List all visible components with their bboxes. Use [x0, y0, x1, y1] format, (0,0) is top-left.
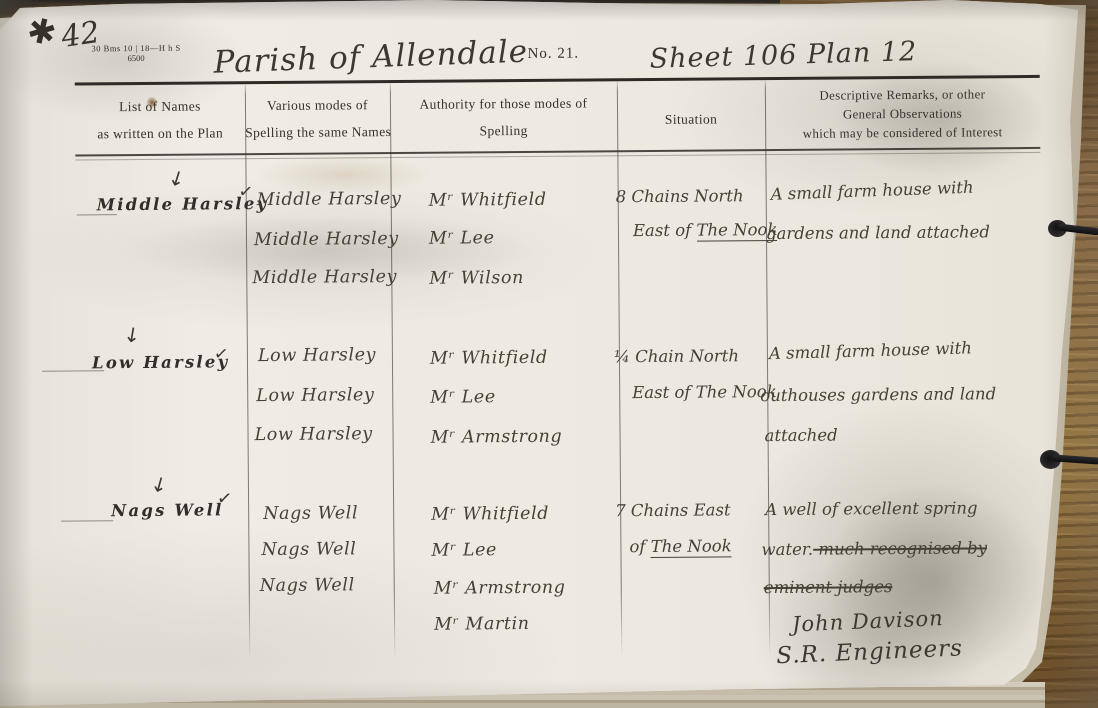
spelling-entry: Middle Harsley	[254, 229, 399, 250]
down-arrow-icon: ↓	[122, 322, 143, 348]
col-header-situation: Situation	[617, 111, 765, 128]
name-guide-line	[61, 520, 113, 521]
remarks-line: A small farm house with	[769, 338, 972, 363]
remarks-line: water. much recognised by	[761, 538, 987, 559]
page-content: ✱ 42 30 Bms 10 | 18—H h S 6500 Parish of…	[0, 0, 1098, 708]
remarks-text: water.	[761, 540, 813, 559]
plan-name-row3: Nags Well	[111, 500, 224, 520]
column-divider-4	[765, 78, 771, 656]
print-code-line2: 6500	[128, 53, 145, 63]
remarks-struck-text: much recognised by	[813, 538, 987, 558]
situation-line: East of The Nook	[632, 382, 777, 402]
plan-name-row2: Low Harsley	[92, 352, 230, 372]
situation-line: 8 Chains North	[616, 186, 744, 206]
authority-entry: Mʳ Martin	[434, 614, 530, 635]
down-arrow-icon: ↓	[148, 471, 171, 499]
remarks-line: A small farm house with	[770, 178, 974, 204]
print-code-line1: 30 Bms 10 | 18—H h S	[91, 43, 180, 54]
authority-entry: Mʳ Armstrong	[434, 578, 566, 599]
surveyor-signature: John Davison	[792, 606, 945, 636]
authority-entry: Mʳ Lee	[429, 228, 495, 249]
authority-entry: Mʳ Lee	[431, 540, 497, 561]
col-header-spelling-line2: Spelling the same Names	[245, 124, 390, 141]
spelling-entry: Low Harsley	[256, 385, 374, 406]
situation-line: East of The Nook	[633, 220, 778, 240]
remarks-struck-text: eminent judges	[764, 577, 893, 597]
spelling-entry: Middle Harsley	[252, 267, 397, 288]
authority-entry: Mʳ Wilson	[429, 268, 524, 289]
column-divider-1	[245, 82, 251, 660]
remarks-line: A well of excellent spring	[765, 498, 978, 519]
remarks-line: attached	[764, 426, 837, 446]
situation-text: East of	[633, 221, 697, 240]
parish-title: Parish of Allendale	[213, 34, 529, 81]
authority-entry: Mʳ Whitfield	[429, 190, 547, 211]
sheet-plan-reference: Sheet 106 Plan 12	[649, 36, 917, 75]
check-icon: ✓	[237, 181, 254, 203]
down-arrow-icon: ↓	[165, 165, 188, 193]
sheet-number-label: No. 21.	[527, 46, 579, 63]
situation-text: of	[629, 537, 650, 556]
spelling-entry: Nags Well	[263, 503, 358, 524]
check-icon: ✓	[216, 487, 234, 510]
spelling-entry: Middle Harsley	[257, 189, 402, 210]
col-header-remarks-line2: General Observations	[765, 106, 1040, 123]
column-divider-3	[617, 79, 623, 657]
column-divider-2	[390, 81, 396, 659]
col-header-remarks-line1: Descriptive Remarks, or other	[765, 87, 1040, 104]
remarks-line: outhouses gardens and land	[760, 384, 996, 405]
situation-line: 7 Chains East	[615, 500, 731, 520]
situation-underlined-text: The Nook	[651, 536, 732, 558]
col-header-names-line1: List of Names	[75, 98, 245, 115]
authority-entry: Mʳ Armstrong	[430, 427, 562, 448]
col-header-authority-line1: Authority for those modes of	[390, 95, 617, 113]
spelling-entry: Low Harsley	[258, 345, 376, 366]
authority-entry: Mʳ Whitfield	[431, 504, 549, 525]
authority-entry: Mʳ Whitfield	[430, 348, 548, 369]
engineer-signature: S.R. Engineers	[776, 635, 964, 669]
col-header-spelling-line1: Various modes of	[245, 97, 390, 114]
situation-line: of The Nook	[629, 536, 731, 556]
spelling-entry: Low Harsley	[254, 424, 372, 445]
situation-text: East of	[632, 383, 696, 402]
remarks-line: gardens and land attached	[766, 222, 990, 243]
col-header-remarks-line3: which may be considered of Interest	[765, 125, 1040, 142]
spelling-entry: Nags Well	[261, 539, 356, 560]
name-guide-line	[77, 214, 117, 215]
situation-line: ¼ Chain North	[614, 346, 739, 366]
check-icon: ✓	[213, 344, 230, 366]
crossout-mark-icon: ✱	[23, 9, 56, 54]
col-header-names-line2: as written on the Plan	[75, 125, 245, 142]
spelling-entry: Nags Well	[260, 575, 355, 596]
col-header-authority-line2: Spelling	[390, 122, 617, 140]
authority-entry: Mʳ Lee	[430, 387, 496, 408]
